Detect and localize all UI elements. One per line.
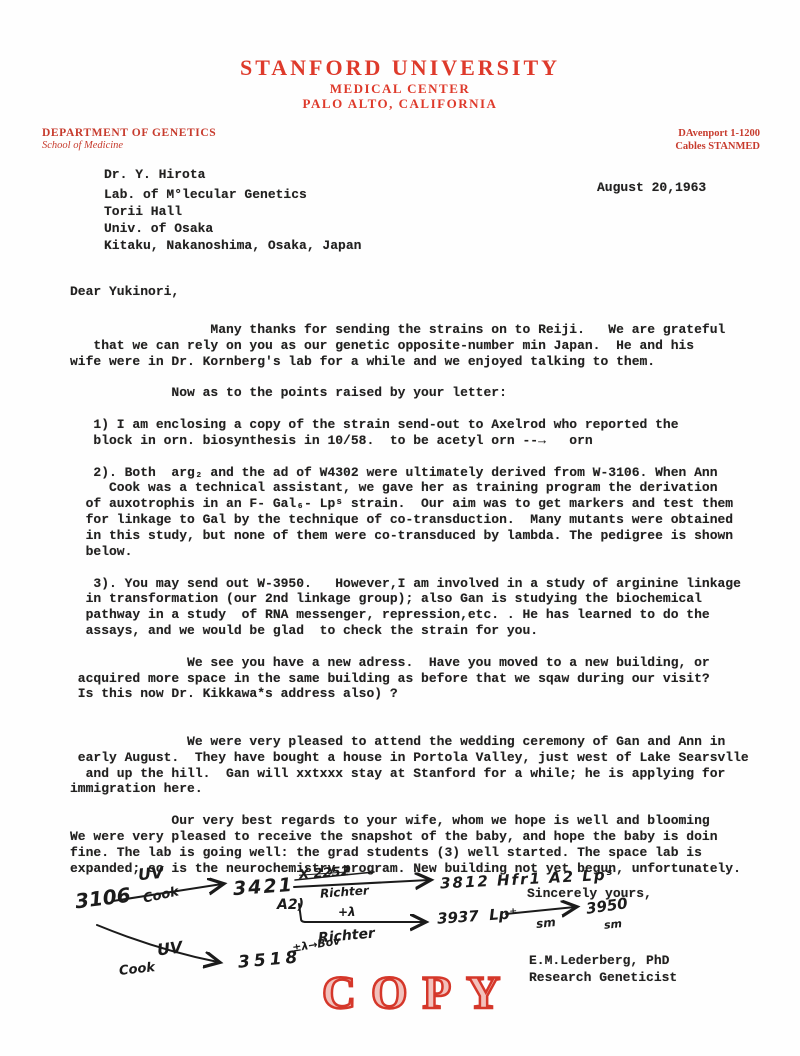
- recipient-address: Dr. Y. HirotaLab. of M°lecular GeneticsT…: [104, 167, 361, 255]
- text-line: Torii Hall: [104, 204, 361, 221]
- letterhead-university: STANFORD UNIVERSITY: [0, 55, 800, 81]
- text-line: We were very pleased to attend the weddi…: [70, 734, 749, 750]
- text-line: 3). You may send out W-3950. However,I a…: [70, 576, 749, 592]
- department-name: DEPARTMENT OF GENETICS: [42, 127, 216, 139]
- text-line: that we can rely on you as our genetic o…: [70, 338, 749, 354]
- text-line: 1) I am enclosing a copy of the strain s…: [70, 417, 749, 433]
- text-line: Cook was a technical assistant, we gave …: [70, 480, 749, 496]
- text-line: expanded; so is the neurochemistry progr…: [70, 861, 749, 877]
- text-line: acquired more space in the same building…: [70, 671, 749, 687]
- text-line: and up the hill. Gan will xxtxxx stay at…: [70, 766, 749, 782]
- text-line: [70, 797, 749, 813]
- hw-cook-bottom: Cook: [118, 960, 155, 979]
- text-line: [70, 639, 749, 655]
- hw-uv-bottom: UV: [156, 938, 184, 960]
- text-line: [70, 560, 749, 576]
- hw-cook-top: Cook: [142, 884, 180, 906]
- text-line: Our very best regards to your wife, whom…: [70, 813, 749, 829]
- text-line: Many thanks for sending the strains on t…: [70, 322, 749, 338]
- signature-title: Research Geneticist: [529, 970, 677, 987]
- salutation: Dear Yukinori,: [70, 284, 179, 299]
- department-block: DEPARTMENT OF GENETICS School of Medicin…: [42, 127, 216, 151]
- text-line: below.: [70, 544, 749, 560]
- text-line: assays, and we would be glad to check th…: [70, 623, 749, 639]
- text-line: Univ. of Osaka: [104, 221, 361, 238]
- text-line: Now as to the points raised by your lett…: [70, 385, 749, 401]
- hw-node-3937: 3937 Lp⁺: [436, 904, 517, 928]
- hw-a2-label: A2): [277, 897, 304, 913]
- hw-note-3518: ±λ→Bov: [291, 934, 341, 954]
- signature-block: E.M.Lederberg, PhD Research Geneticist: [529, 953, 677, 986]
- hw-richter-top: Richter: [320, 883, 370, 900]
- hw-plus-lambda: +λ: [338, 905, 356, 919]
- text-line: in transformation (our 2nd linkage group…: [70, 591, 749, 607]
- text-line: pathway in a study of RNA messenger, rep…: [70, 607, 749, 623]
- text-line: fine. The lab is going well: the grad st…: [70, 845, 749, 861]
- signature-name: E.M.Lederberg, PhD: [529, 953, 677, 970]
- text-line: We were very pleased to receive the snap…: [70, 829, 749, 845]
- text-line: Lab. of M°lecular Genetics: [104, 187, 361, 204]
- hw-cross-2252: X 2252: [299, 864, 351, 883]
- text-line: early August. They have bought a house i…: [70, 750, 749, 766]
- text-line: [70, 718, 749, 734]
- text-line: [70, 702, 749, 718]
- letter-page: STANFORD UNIVERSITY MEDICAL CENTER PALO …: [0, 0, 800, 1056]
- text-line: [70, 370, 749, 386]
- text-line: of auxotrophis in an F- Gal₆- Lpˢ strain…: [70, 496, 749, 512]
- copy-stamp: COPY: [322, 966, 515, 1020]
- letter-date: August 20,1963: [597, 180, 706, 195]
- text-line: Is this now Dr. Kikkawa*s address also) …: [70, 686, 749, 702]
- hw-sm-arrow: sm: [535, 915, 556, 931]
- letterhead-city: PALO ALTO, CALIFORNIA: [0, 96, 800, 112]
- text-line: wife were in Dr. Kornberg's lab for a wh…: [70, 354, 749, 370]
- text-line: [70, 449, 749, 465]
- text-line: 2). Both arg₂ and the ad of W4302 were u…: [70, 465, 749, 481]
- hw-node-3106: 3106: [74, 883, 132, 914]
- department-school: School of Medicine: [42, 140, 216, 151]
- text-line: in this study, but none of them were co-…: [70, 528, 749, 544]
- text-line: Kitaku, Nakanoshima, Osaka, Japan: [104, 238, 361, 255]
- letter-body: Many thanks for sending the strains on t…: [70, 322, 749, 877]
- text-line: block in orn. biosynthesis in 10/58. to …: [70, 433, 749, 449]
- text-line: for linkage to Gal by the technique of c…: [70, 512, 749, 528]
- text-line: immigration here.: [70, 781, 749, 797]
- contact-block: DAvenport 1-1200 Cables STANMED: [675, 127, 760, 153]
- letterhead-medical-center: MEDICAL CENTER: [0, 81, 800, 97]
- cables-address: Cables STANMED: [675, 140, 760, 153]
- text-line: We see you have a new adress. Have you m…: [70, 655, 749, 671]
- text-line: [70, 401, 749, 417]
- hw-sm-sub: sm: [603, 917, 622, 932]
- phone-number: DAvenport 1-1200: [675, 127, 760, 140]
- hw-uv-top: UV: [137, 863, 164, 885]
- text-line: Dr. Y. Hirota: [104, 167, 361, 184]
